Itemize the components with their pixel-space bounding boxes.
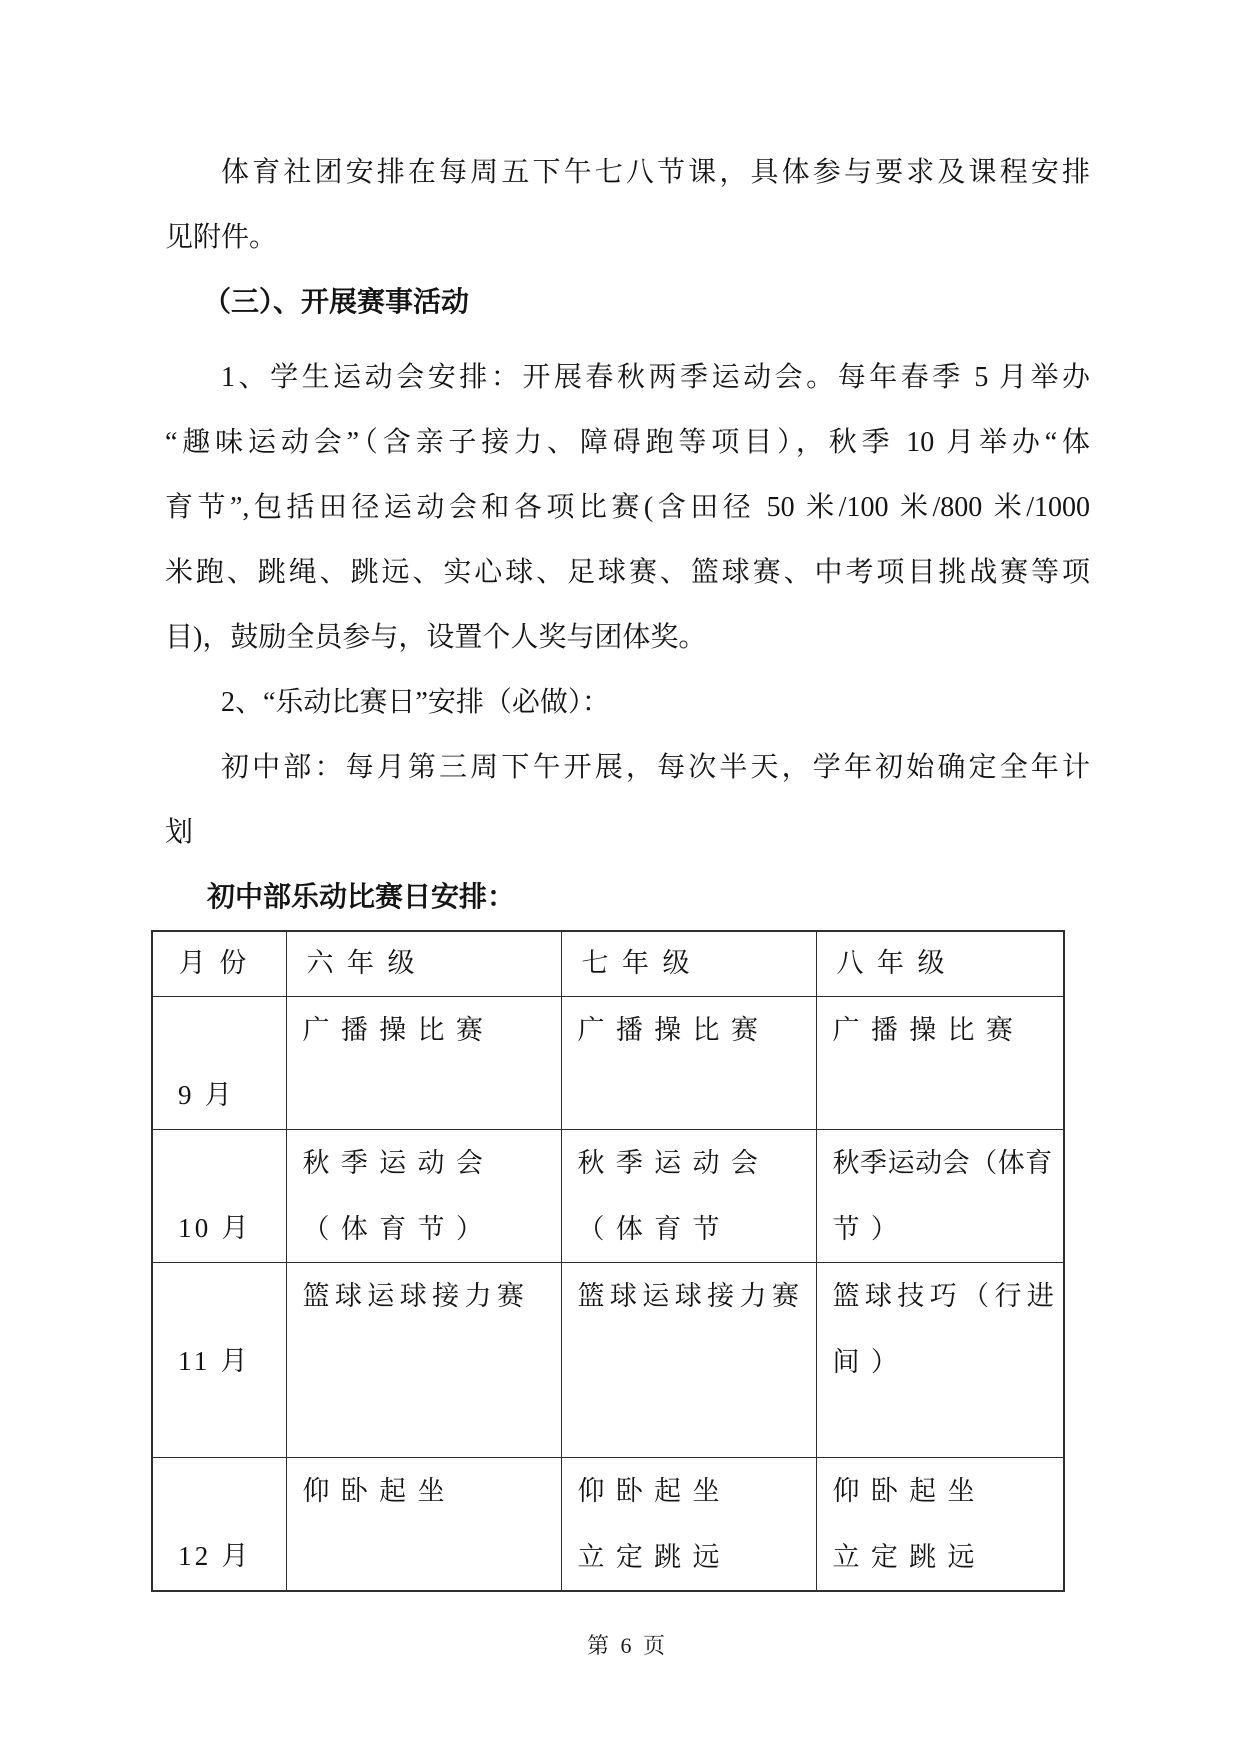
table-row-december: 12 月 仰卧起坐 仰卧起坐 立定跳远 仰卧起坐 立定跳远 [152, 1457, 1064, 1591]
text-line: 见附件。 [165, 205, 1090, 270]
paragraph-4: 初中部：每月第三周下午开展，每次半天，学年初始确定全年计 划 [165, 735, 1090, 865]
text-line: 初中部：每月第三周下午开展，每次半天，学年初始确定全年计 [165, 735, 1090, 800]
text-line: 目)，鼓励全员参与，设置个人奖与团体奖。 [165, 605, 1090, 670]
cell-month: 10 月 [152, 1129, 286, 1262]
cell-grade7: 秋季运动会 （体育节 [561, 1129, 816, 1262]
cell-grade7: 仰卧起坐 立定跳远 [561, 1457, 816, 1591]
cell-grade7: 篮球运球接力赛 [561, 1262, 816, 1457]
paragraph-2: 1、学生运动会安排：开展春秋两季运动会。每年春季 5 月举办 “趣味运动会”（含… [165, 345, 1090, 670]
cell-grade8: 广播操比赛 [816, 996, 1064, 1129]
cell-grade8: 篮球技巧（行进 间） [816, 1262, 1064, 1457]
paragraph-3: 2、“乐动比赛日”安排（必做）： [165, 670, 1090, 735]
table-row-november: 11 月 篮球运球接力赛 篮球运球接力赛 篮球技巧（行进 间） [152, 1262, 1064, 1457]
paragraph-1: 体育社团安排在每周五下午七八节课，具体参与要求及课程安排 见附件。 [165, 140, 1090, 270]
cell-month: 12 月 [152, 1457, 286, 1591]
table-header-row: 月份 六年级 七年级 八年级 [152, 931, 1064, 996]
table-row-october: 10 月 秋季运动会 （体育节） 秋季运动会 （体育节 秋季运动会（体育 节） [152, 1129, 1064, 1262]
column-header-grade6: 六年级 [286, 931, 561, 996]
table-caption: 初中部乐动比赛日安排： [165, 865, 1090, 930]
schedule-table: 月份 六年级 七年级 八年级 9 月 广播操比赛 广播操比赛 广播操比赛 [151, 930, 1065, 1592]
text-line: “趣味运动会”（含亲子接力、障碍跑等项目），秋季 10 月举办“体 [165, 410, 1090, 475]
cell-grade8: 仰卧起坐 立定跳远 [816, 1457, 1064, 1591]
document-page: 体育社团安排在每周五下午七八节课，具体参与要求及课程安排 见附件。 （三）、开展… [0, 0, 1241, 1754]
cell-grade6: 篮球运球接力赛 [286, 1262, 561, 1457]
column-header-grade7: 七年级 [561, 931, 816, 996]
cell-month: 11 月 [152, 1262, 286, 1457]
table-row-september: 9 月 广播操比赛 广播操比赛 广播操比赛 [152, 996, 1064, 1129]
cell-grade6: 秋季运动会 （体育节） [286, 1129, 561, 1262]
text-line: 米跑、跳绳、跳远、实心球、足球赛、篮球赛、中考项目挑战赛等项 [165, 540, 1090, 605]
text-line: 划 [165, 800, 1090, 865]
cell-grade7: 广播操比赛 [561, 996, 816, 1129]
cell-grade8: 秋季运动会（体育 节） [816, 1129, 1064, 1262]
cell-grade6: 仰卧起坐 [286, 1457, 561, 1591]
text-line: 1、学生运动会安排：开展春秋两季运动会。每年春季 5 月举办 [165, 345, 1090, 410]
cell-month: 9 月 [152, 996, 286, 1129]
cell-grade6: 广播操比赛 [286, 996, 561, 1129]
text-line: 育节”,包括田径运动会和各项比赛(含田径 50 米/100 米/800 米/10… [165, 475, 1090, 540]
page-number: 第 6 页 [165, 1629, 1090, 1660]
text-line: 体育社团安排在每周五下午七八节课，具体参与要求及课程安排 [165, 140, 1090, 205]
column-header-grade8: 八年级 [816, 931, 1064, 996]
column-header-month: 月份 [152, 931, 286, 996]
section-heading: （三）、开展赛事活动 [165, 270, 1090, 335]
